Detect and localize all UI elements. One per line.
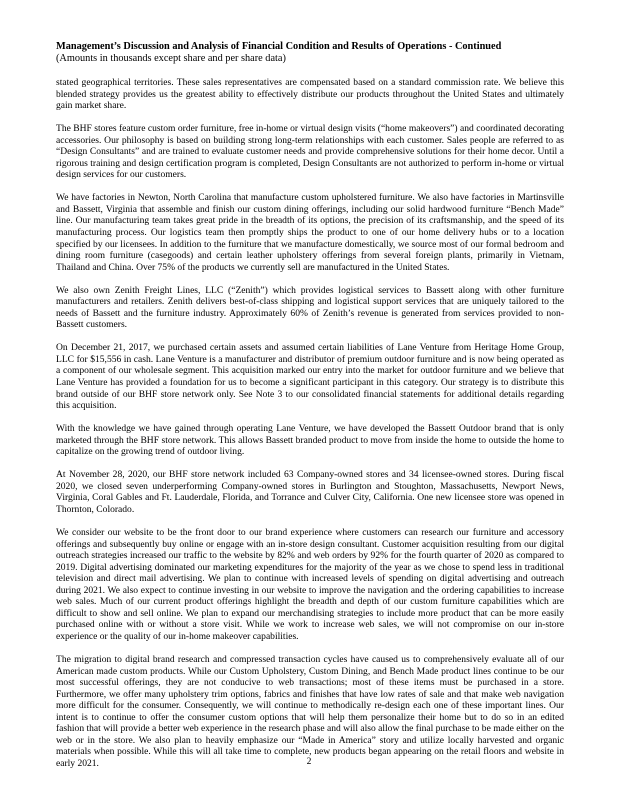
paragraph-zenith: We also own Zenith Freight Lines, LLC (“… <box>56 285 564 331</box>
paragraph-factories: We have factories in Newton, North Carol… <box>56 192 564 273</box>
paragraph-sales-strategy: stated geographical territories. These s… <box>56 77 564 112</box>
section-subtitle: (Amounts in thousands except share and p… <box>56 53 564 65</box>
page-number: 2 <box>0 757 618 767</box>
section-title: Management’s Discussion and Analysis of … <box>56 41 564 53</box>
paragraph-digital-migration: The migration to digital brand research … <box>56 654 564 769</box>
paragraph-bhf-stores: The BHF stores feature custom order furn… <box>56 123 564 181</box>
document-page: Management’s Discussion and Analysis of … <box>56 41 564 781</box>
paragraph-store-network: At November 28, 2020, our BHF store netw… <box>56 469 564 515</box>
paragraph-lane-venture: On December 21, 2017, we purchased certa… <box>56 342 564 411</box>
paragraph-website: We consider our website to be the front … <box>56 527 564 642</box>
paragraph-bassett-outdoor: With the knowledge we have gained throug… <box>56 423 564 458</box>
